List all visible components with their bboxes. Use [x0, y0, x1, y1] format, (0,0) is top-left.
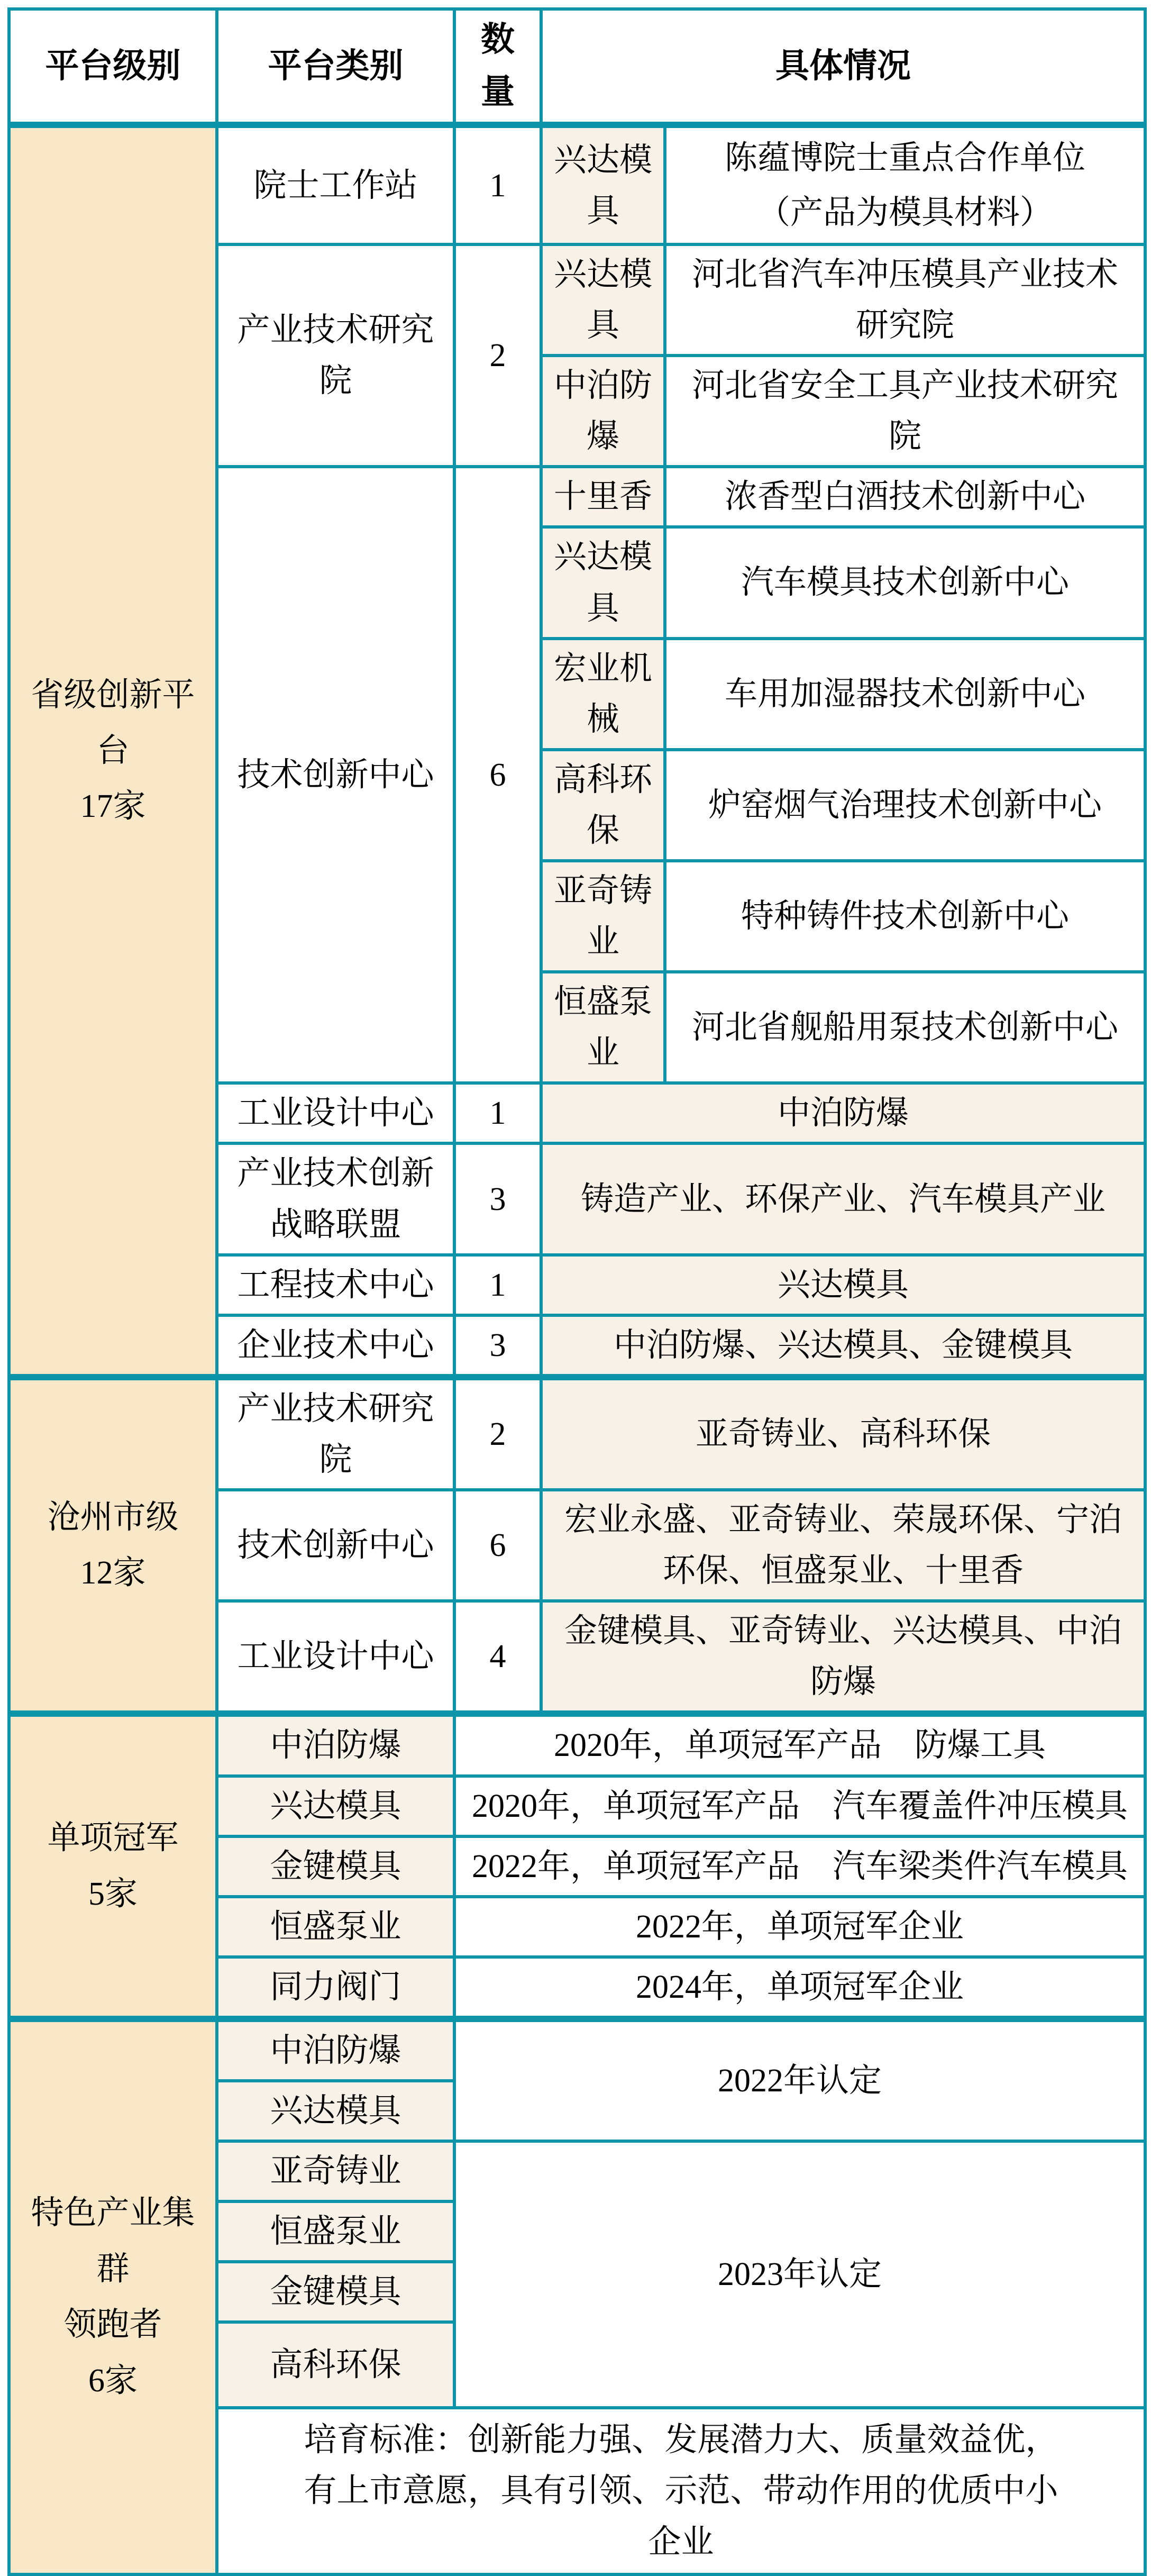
company-cell: 同力阀门 — [217, 1957, 454, 2019]
type-cell: 产业技术研究院 — [217, 244, 454, 467]
company-cell: 金键模具 — [217, 2262, 454, 2322]
page: { "colors":{ "border":"#0D94A8", "group-… — [0, 7, 1151, 1798]
company-cell: 兴达模具 — [541, 125, 665, 244]
company-cell: 高科环保 — [217, 2322, 454, 2408]
company-cell: 亚奇铸业 — [541, 861, 665, 972]
level-cell-cluster-leader: 特色产业集群 领跑者 6家 — [9, 2019, 217, 2574]
type-cell: 企业技术中心 — [217, 1315, 454, 1377]
count-cell: 4 — [454, 1601, 541, 1714]
company-cell: 金键模具 — [217, 1836, 454, 1897]
detail-cell: 中泊防爆 — [541, 1083, 1145, 1143]
detail-cell: 亚奇铸业、高科环保 — [541, 1377, 1145, 1490]
table-row: 沧州市级 12家 产业技术研究院 2 亚奇铸业、高科环保 — [9, 1377, 1145, 1490]
detail-cell: 汽车模具技术创新中心 — [665, 527, 1145, 638]
detail-cell-2022: 2022年认定 — [454, 2019, 1145, 2141]
table-row: 特色产业集群 领跑者 6家 中泊防爆 2022年认定 — [9, 2019, 1145, 2081]
table-row: 单项冠军 5家 中泊防爆 2020年，单项冠军产品 防爆工具 — [9, 1714, 1145, 1776]
company-cell: 兴达模具 — [541, 244, 665, 356]
company-cell: 亚奇铸业 — [217, 2141, 454, 2201]
detail-cell: 陈蕴博院士重点合作单位 （产品为模具材料） — [665, 125, 1145, 244]
company-cell: 中泊防爆 — [541, 356, 665, 467]
header-cell-detail: 具体情况 — [541, 9, 1145, 125]
detail-line: 陈蕴博院士重点合作单位 — [676, 131, 1134, 185]
level-line: 6家 — [20, 2353, 206, 2409]
count-cell: 1 — [454, 1083, 541, 1143]
table-row: 省级创新平台 17家 院士工作站 1 兴达模具 陈蕴博院士重点合作单位 （产品为… — [9, 125, 1145, 244]
company-cell: 宏业机械 — [541, 639, 665, 750]
detail-cell: 2024年，单项冠军企业 — [454, 1957, 1145, 2019]
company-cell: 兴达模具 — [217, 1776, 454, 1836]
company-cell: 兴达模具 — [541, 527, 665, 638]
count-cell: 2 — [454, 1377, 541, 1490]
level-line: 12家 — [20, 1545, 206, 1601]
type-cell: 院士工作站 — [217, 125, 454, 244]
level-line: 沧州市级 — [20, 1490, 206, 1545]
company-cell: 中泊防爆 — [217, 1714, 454, 1776]
company-cell: 兴达模具 — [217, 2081, 454, 2141]
detail-cell: 2020年，单项冠军产品 汽车覆盖件冲压模具 — [454, 1776, 1145, 1836]
level-line: 5家 — [20, 1867, 206, 1922]
count-cell: 6 — [454, 1490, 541, 1601]
detail-cell: 浓香型白酒技术创新中心 — [665, 467, 1145, 527]
type-cell: 产业技术研究院 — [217, 1377, 454, 1490]
level-cell-champion: 单项冠军 5家 — [9, 1714, 217, 2018]
detail-cell: 特种铸件技术创新中心 — [665, 861, 1145, 972]
count-cell: 2 — [454, 244, 541, 467]
type-cell: 产业技术创新战略联盟 — [217, 1143, 454, 1254]
detail-cell: 兴达模具 — [541, 1255, 1145, 1315]
level-line: 单项冠军 — [20, 1810, 206, 1866]
company-cell: 恒盛泵业 — [541, 972, 665, 1083]
detail-cell: 2022年，单项冠军产品 汽车梁类件汽车模具 — [454, 1836, 1145, 1897]
company-cell: 十里香 — [541, 467, 665, 527]
type-cell: 工业设计中心 — [217, 1083, 454, 1143]
detail-cell: 中泊防爆、兴达模具、金键模具 — [541, 1315, 1145, 1377]
count-cell: 3 — [454, 1315, 541, 1377]
platform-table: 平台级别 平台类别 数量 具体情况 省级创新平台 17家 院士工作站 1 兴达模… — [7, 7, 1147, 2576]
table-header-row: 平台级别 平台类别 数量 具体情况 — [9, 9, 1145, 125]
detail-cell: 宏业永盛、亚奇铸业、荣晟环保、宁泊环保、恒盛泵业、十里香 — [541, 1490, 1145, 1601]
detail-cell: 铸造产业、环保产业、汽车模具产业 — [541, 1143, 1145, 1254]
header-cell-count: 数量 — [454, 9, 541, 125]
count-cell: 6 — [454, 467, 541, 1083]
header-cell-level: 平台级别 — [9, 9, 217, 125]
count-cell: 1 — [454, 1255, 541, 1315]
note-cell: 培育标准：创新能力强、发展潜力大、质量效益优，有上市意愿，具有引领、示范、带动作… — [217, 2408, 1145, 2574]
detail-cell: 河北省舰船用泵技术创新中心 — [665, 972, 1145, 1083]
detail-cell: 金键模具、亚奇铸业、兴达模具、中泊防爆 — [541, 1601, 1145, 1714]
type-cell: 工程技术中心 — [217, 1255, 454, 1315]
type-cell: 技术创新中心 — [217, 467, 454, 1083]
header-cell-type: 平台类别 — [217, 9, 454, 125]
level-line: 领跑者 — [20, 2297, 206, 2353]
level-cell-provincial: 省级创新平台 17家 — [9, 125, 217, 1377]
detail-cell: 2022年，单项冠军企业 — [454, 1897, 1145, 1957]
type-cell: 工业设计中心 — [217, 1601, 454, 1714]
level-line: 17家 — [20, 779, 206, 834]
detail-cell: 炉窑烟气治理技术创新中心 — [665, 750, 1145, 861]
company-cell: 高科环保 — [541, 750, 665, 861]
level-line: 省级创新平台 — [20, 668, 206, 779]
detail-line: （产品为模具材料） — [676, 186, 1134, 240]
detail-cell: 2020年，单项冠军产品 防爆工具 — [454, 1714, 1145, 1776]
company-cell: 恒盛泵业 — [217, 2201, 454, 2262]
detail-cell: 河北省汽车冲压模具产业技术研究院 — [665, 244, 1145, 356]
count-cell: 1 — [454, 125, 541, 244]
level-cell-city: 沧州市级 12家 — [9, 1377, 217, 1714]
company-cell: 恒盛泵业 — [217, 1897, 454, 1957]
detail-cell-2023: 2023年认定 — [454, 2141, 1145, 2408]
detail-cell: 车用加湿器技术创新中心 — [665, 639, 1145, 750]
detail-cell: 河北省安全工具产业技术研究院 — [665, 356, 1145, 467]
level-line: 特色产业集群 — [20, 2186, 206, 2297]
company-cell: 中泊防爆 — [217, 2019, 454, 2081]
type-cell: 技术创新中心 — [217, 1490, 454, 1601]
count-cell: 3 — [454, 1143, 541, 1254]
